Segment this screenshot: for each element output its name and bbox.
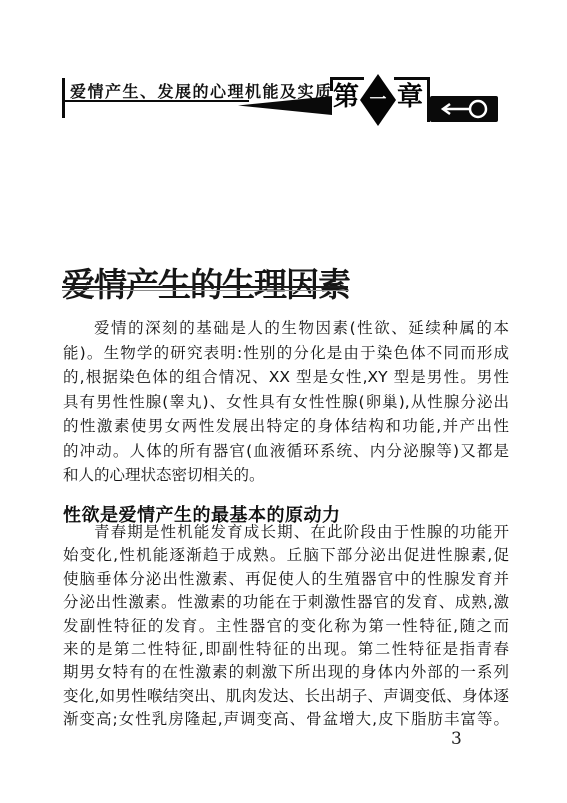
text-line: 分泌出性激素。性激素的功能在于刺激性器官的发育、成熟,激 — [63, 591, 509, 614]
text-line: 期男女特有的在性激素的刺激下所出现的身体内外部的一系列 — [63, 661, 509, 684]
text-line: 使脑垂体分泌出性激素、再促使人的生殖器官中的性腺发育并 — [63, 568, 509, 591]
text-line: 始变化,性机能逐渐趋于成熟。丘脑下部分泌出促进性腺素,促 — [63, 544, 509, 567]
text-line: 爱情的深刻的基础是人的生物因素(性欲、延续种属的本 — [63, 316, 509, 341]
arrow-circle-banner — [430, 96, 498, 122]
running-head-rule — [62, 100, 249, 102]
text-line: 具有男性性腺(睾丸)、女性具有女性性腺(卵巢),从性腺分泌出 — [63, 390, 509, 415]
running-head: 爱情产生、发展的心理机能及实质 — [70, 79, 333, 102]
intro-paragraph: 爱情的深刻的基础是人的生物因素(性欲、延续种属的本 能)。生物学的研究表明:性别… — [63, 316, 509, 488]
text-line: 发副性特征的发育。主性器官的变化称为第一性特征,随之而 — [63, 615, 509, 638]
body-paragraph: 青春期是性机能发育成长期、在此阶段由于性腺的功能开 始变化,性机能逐渐趋于成熟。… — [63, 521, 509, 732]
text-line: 能)。生物学的研究表明:性别的分化是由于染色体不同而形成 — [63, 341, 509, 366]
text-line: 渐变高;女性乳房隆起,声调变高、骨盆增大,皮下脂肪丰富等。 — [63, 708, 509, 731]
text-line: 变化,如男性喉结突出、肌肉发达、长出胡子、声调变低、身体逐 — [63, 685, 509, 708]
text-line: 来的是第二性特征,即副性特征的出现。第二性特征是指青春 — [63, 638, 509, 661]
section-title-underline — [62, 286, 348, 291]
text-line: 的,根据染色体的组合情况、XX 型是女性,XY 型是男性。男性 — [63, 365, 509, 390]
book-page: 爱情产生、发展的心理机能及实质 第 一 章 爱情产生的生理因素 爱情的深刻的基础… — [0, 0, 567, 803]
chapter-number: 一 — [370, 92, 387, 109]
text-line: 的性激素使男女两性发展出特定的身体结构和功能,并产出性 — [63, 414, 509, 439]
page-number: 3 — [451, 729, 462, 749]
text-line: 和人的心理状态密切相关的。 — [63, 463, 509, 488]
running-head-left-bar — [62, 78, 65, 118]
text-line: 的冲动。人体的所有器官(血液循环系统、内分泌腺等)又都是 — [63, 439, 509, 464]
text-line: 青春期是性机能发育成长期、在此阶段由于性腺的功能开 — [63, 521, 509, 544]
chapter-suffix: 章 — [397, 84, 423, 110]
left-arrow-circle-icon — [430, 96, 498, 122]
chapter-number-diamond-icon: 一 — [360, 74, 396, 126]
section-title: 爱情产生的生理因素 — [62, 259, 350, 306]
chapter-prefix: 第 — [333, 84, 359, 110]
